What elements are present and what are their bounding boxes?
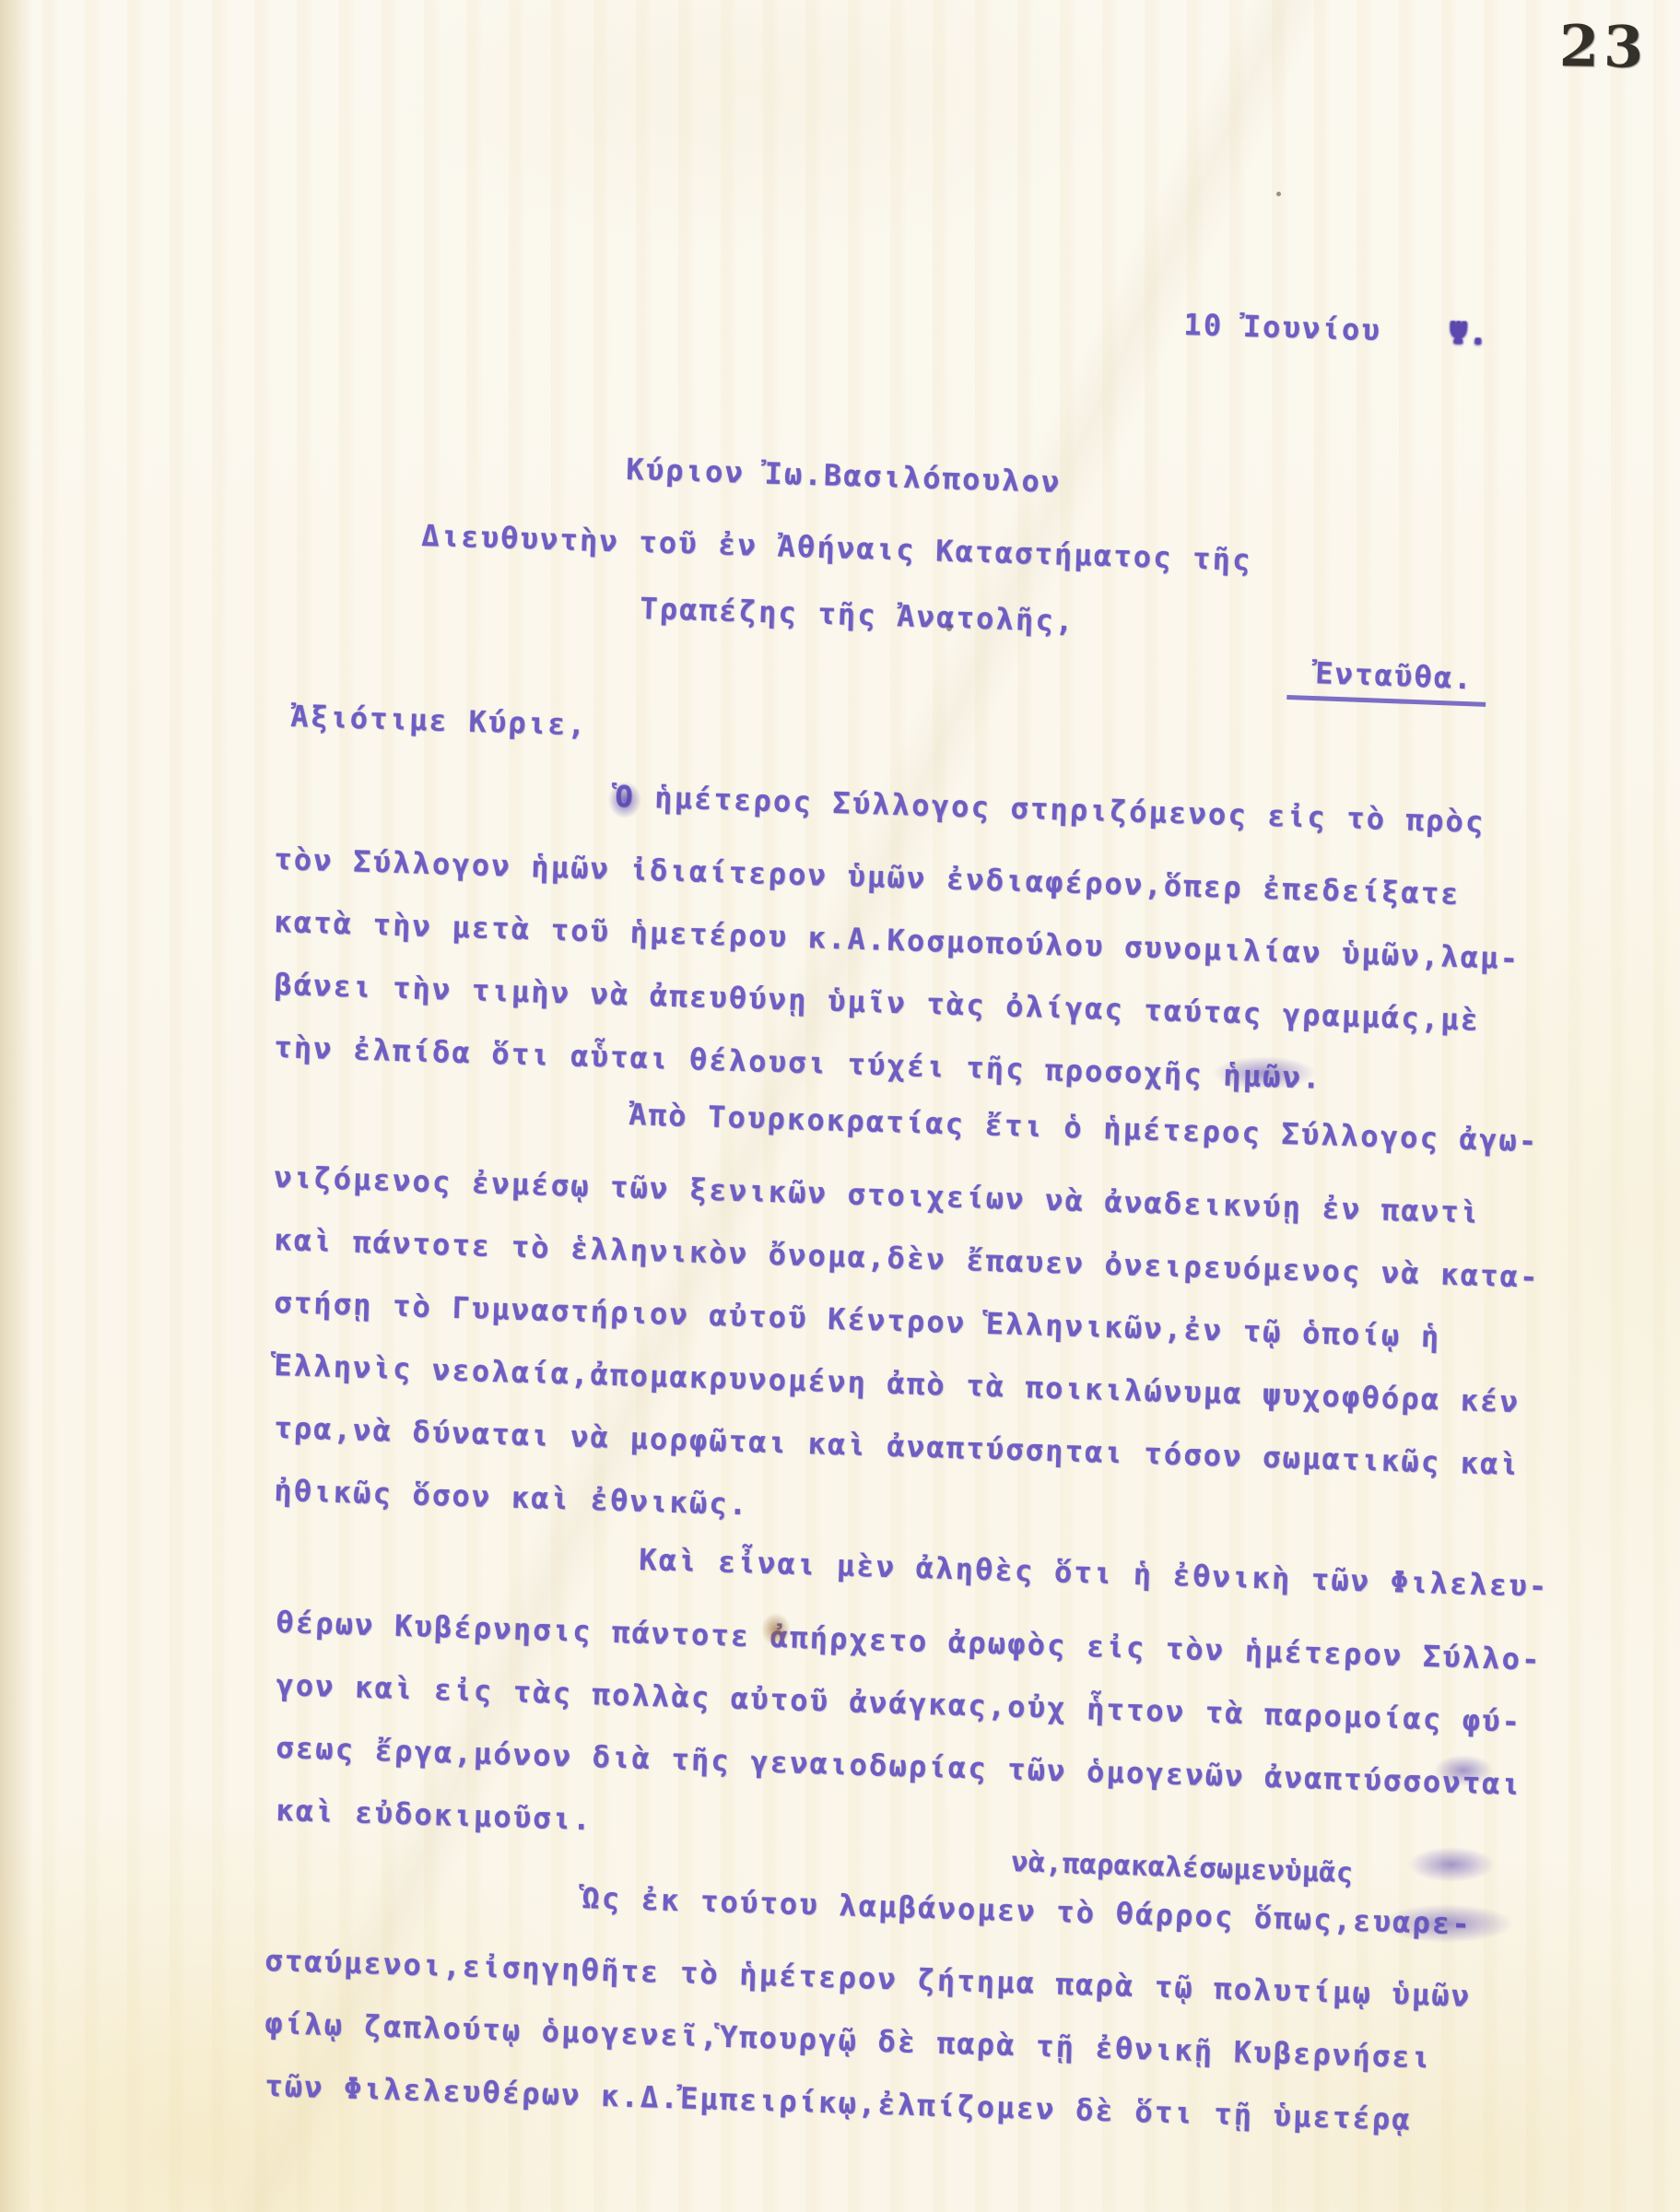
letter-line-p4-3: φίλῳ ζαπλούτῳ ὁμογενεῖ,Ὑπουργῷ δὲ παρὰ τ…: [264, 2006, 1432, 2076]
letter-line-p2-7: ἠθικῶς ὅσον καὶ ἐθνικῶς.: [274, 1473, 749, 1522]
letter-line-p2-1: Ἀπὸ Τουρκοκρατίας ἔτι ὁ ἡμέτερος Σύλλογο…: [629, 1097, 1539, 1159]
letter-line-p4-4: τῶν Φιλελευθέρων κ.Δ.Ἐμπειρίκῳ,ἐλπίζομεν…: [264, 2068, 1413, 2137]
ink-speck: [946, 625, 952, 631]
letter-line-p3-2: θέρων Κυβέρνησις πάντοτε ἀπήρχετο ἀρωφὸς…: [276, 1605, 1542, 1677]
letter-line-p2-6: τρα,νὰ δύναται νὰ μορφῶται καὶ ἀναπτύσση…: [274, 1410, 1521, 1482]
letter-line-p4-1: Ὡς ἐκ τούτου λαμβάνομεν τὸ θάρρος ὅπως,ε…: [582, 1880, 1473, 1942]
letter-line-p2-4: στήσῃ τὸ Γυμναστήριον αὐτοῦ Κέντρον Ἑλλη…: [274, 1285, 1441, 1355]
letter-line-p2-3: καὶ πάντοτε τὸ ἑλληνικὸν ὄνομα,δὲν ἔπαυε…: [274, 1222, 1540, 1295]
letter-line-p2-2: νιζόμενος ἐνμέσῳ τῶν ξενικῶν στοιχείων ν…: [274, 1159, 1481, 1230]
letter-line-p1-5: τὴν ἐλπίδα ὅτι αὗται θέλουσι τύχέι τῆς π…: [274, 1030, 1322, 1096]
ink-speck: [1276, 192, 1281, 196]
place-line-underlined: Ἐνταῦθα.: [1286, 654, 1486, 707]
ink-smudge-insertion-end: [1408, 1847, 1495, 1882]
letter-line-p2-5: Ἑλληνὶς νεολαία,ἀπομακρυνομένη ἀπὸ τὰ πο…: [274, 1347, 1521, 1419]
recipient-title: Διευθυντὴν τοῦ ἐν Ἀθήναις Καταστήματος τ…: [421, 518, 1252, 578]
letter-line-p3-4: σεως ἔργα,μόνον διὰ τῆς γεναιοδωρίας τῶν…: [276, 1730, 1522, 1802]
ink-smudge-date: Ψ.: [1449, 315, 1489, 351]
interlinear-insertion: νὰ,παρακαλέσωμενὑμᾶς: [1011, 1846, 1354, 1889]
letter-line-p1-1: Ὁ ἡμέτερος Σύλλογος στηριζόμενος εἰς τὸ …: [615, 779, 1486, 840]
salutation: Ἀξιότιμε Κύριε,: [290, 699, 588, 743]
letter-line-p3-5: καὶ εὐδοκιμοῦσι.: [276, 1793, 593, 1837]
date-text: 10 Ἰουνίου: [1183, 307, 1382, 347]
letter-line-p1-3: κατὰ τὴν μετὰ τοῦ ἡμετέρου κ.Α.Κοσμοπούλ…: [274, 904, 1521, 976]
letter-line-p3-3: γον καὶ εἰς τὰς πολλὰς αὐτοῦ ἀνάγκας,οὐχ…: [276, 1667, 1522, 1739]
letter-line-p4-2: σταύμενοι,εἰσηγηθῆτε τὸ ἡμέτερον ζήτημα …: [264, 1943, 1472, 2014]
letter-page: 23 10 ἸουνίουΨ. Κύριον Ἰω.Βασιλόπουλον Δ…: [0, 0, 1680, 2212]
date-line: 10 ἸουνίουΨ.: [1183, 307, 1490, 351]
letter-line-p3-1: Καὶ εἶναι μὲν ἀληθὲς ὅτι ἡ ἐθνικὴ τῶν Φι…: [639, 1542, 1549, 1604]
recipient-name: Κύριον Ἰω.Βασιλόπουλον: [626, 452, 1062, 500]
page-number-stamp: 23: [1558, 12, 1649, 81]
recipient-organization: Τραπέζης τῆς Ἀνατολῆς,: [640, 591, 1075, 639]
letter-line-p1-2: τὸν Σύλλογον ἡμῶν ἰδιαίτερον ὑμῶν ἐνδιαφ…: [274, 841, 1461, 912]
letter-line-p1-4: βάνει τὴν τιμὴν νὰ ἀπευθύνῃ ὑμῖν τὰς ὀλί…: [274, 967, 1481, 1038]
